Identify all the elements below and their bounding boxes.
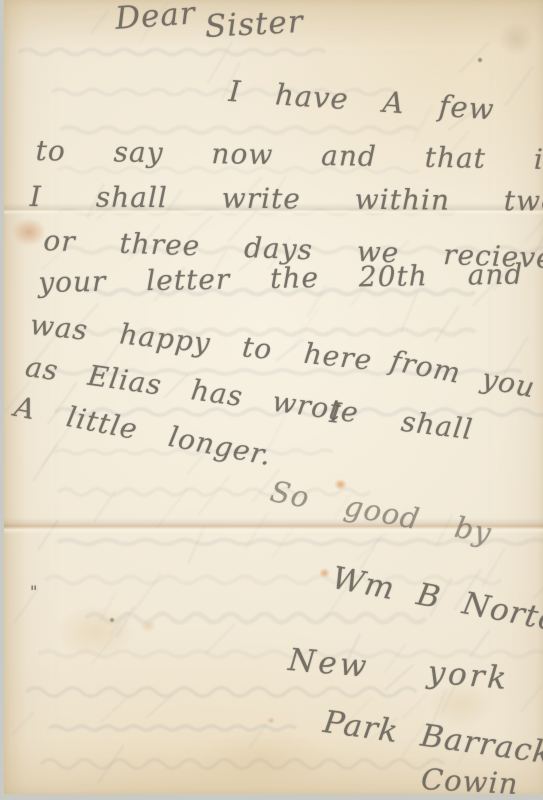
letter-paper: Dear Sister I have A few to say now and …	[4, 0, 543, 794]
salutation-dear: Dear	[114, 0, 197, 37]
body-line-3: I shall write within two	[30, 180, 543, 218]
salutation-sister: Sister	[204, 4, 304, 45]
scanned-letter-page: Dear Sister I have A few to say now and …	[0, 0, 543, 800]
signature-last-line: Cowin	[420, 762, 519, 794]
stray-pencil-mark: "	[30, 582, 38, 601]
